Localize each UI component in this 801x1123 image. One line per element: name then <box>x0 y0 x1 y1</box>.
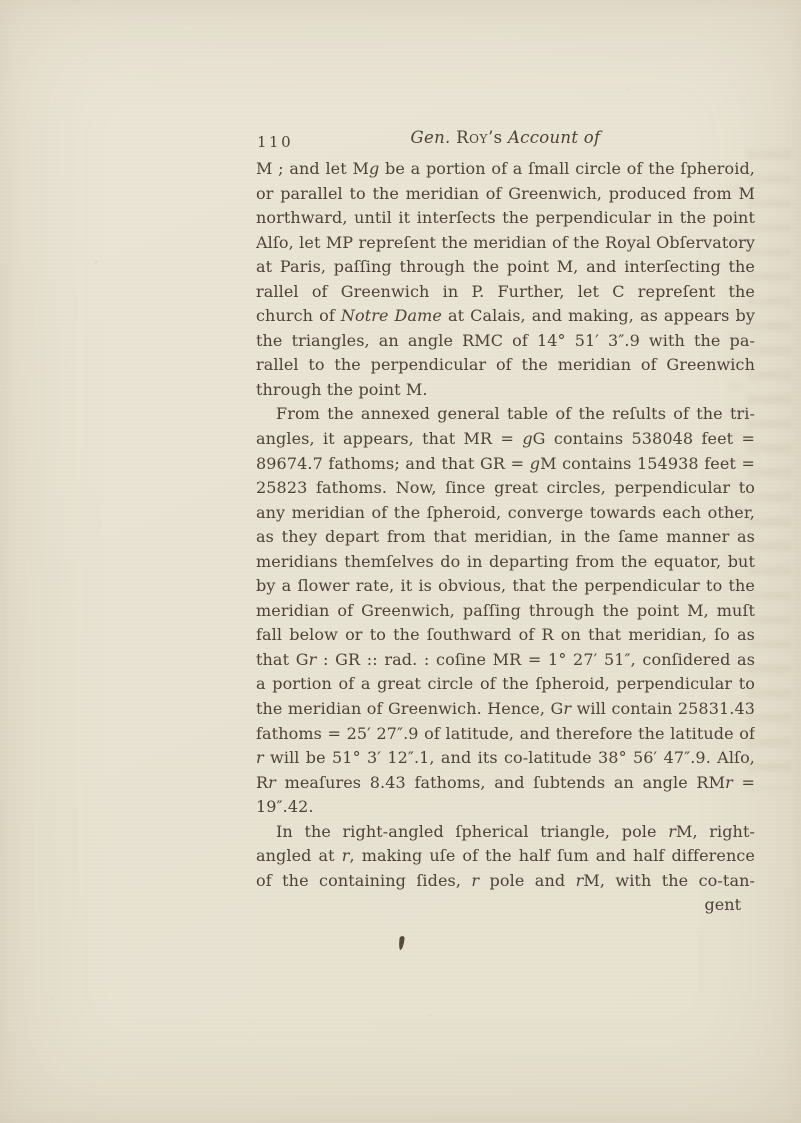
text-segment: Alſo, let MP repreſent the meridian of t… <box>256 233 755 252</box>
text-segment: = <box>733 773 755 792</box>
text-line: or parallel to the meridian of Greenwich… <box>256 182 755 207</box>
text-segment: M, with the co-tan- <box>583 871 755 890</box>
text-segment: 89674.7 fathoms; and that GR = <box>256 454 530 473</box>
text-line: angles, it appears, that MR = gG contain… <box>256 427 755 452</box>
catchword-row: gent <box>256 893 755 918</box>
text-line: of the containing ſides, r pole and rM, … <box>256 869 755 894</box>
text-segment: , making uſe of the half ſum and half di… <box>349 846 755 865</box>
text-block: 110 Gen. Roy’s Account of M ; and let Mg… <box>256 128 755 918</box>
text-segment: meridian of Greenwich, paſſing through t… <box>256 601 755 620</box>
text-line: rallel of Greenwich in P. Further, let C… <box>256 280 755 305</box>
text-line: at Paris, paſſing through the point M, a… <box>256 255 755 280</box>
text-segment: 19″.42. <box>256 797 314 816</box>
text-segment: at Calais, and making, as appears by <box>442 306 755 325</box>
text-segment: of the containing ſides, <box>256 871 471 890</box>
text-line: the triangles, an angle RMC of 14° 51′ 3… <box>256 329 755 354</box>
text-segment: From the annexed general table of the re… <box>276 404 755 423</box>
text-line: as they depart from that meridian, in th… <box>256 525 755 550</box>
text-segment: r <box>563 699 571 718</box>
text-segment: r <box>256 748 264 767</box>
text-line: a portion of a great circle of the ſpher… <box>256 672 755 697</box>
text-line: church of Notre Dame at Calais, and maki… <box>256 304 755 329</box>
text-segment: g <box>369 159 379 178</box>
text-line: any meridian of the ſpheroid, converge t… <box>256 501 755 526</box>
text-segment: g <box>530 454 540 473</box>
text-segment: r <box>471 871 479 890</box>
text-segment: rallel to the perpendicular of the merid… <box>256 355 755 378</box>
book-page: 110 Gen. Roy’s Account of M ; and let Mg… <box>0 0 801 1123</box>
text-segment: Roy <box>456 128 488 147</box>
text-line: fathoms = 25′ 27″.9 of latitude, and the… <box>256 722 755 747</box>
text-line: meridians themſelves do in departing fro… <box>256 550 755 575</box>
text-segment: r <box>725 773 733 792</box>
text-line: angled at r, making uſe of the half ſum … <box>256 844 755 869</box>
text-line: northward, until it interſects the perpe… <box>256 206 755 231</box>
running-title: Gen. Roy’s Account of <box>256 128 755 147</box>
text-segment: M, right- <box>676 822 755 841</box>
text-segment: : GR :: rad. : coſine MR = 1° 27′ 51″, c… <box>316 650 755 669</box>
text-segment: by a ſlower rate, it is obvious, that th… <box>256 576 755 595</box>
text-segment: G contains 538048 feet = <box>533 429 755 448</box>
page-header: 110 Gen. Roy’s Account of <box>256 128 755 157</box>
text-segment: the triangles, an angle RMC of 14° 51′ 3… <box>256 331 755 350</box>
text-segment: R <box>256 773 268 792</box>
text-segment: at Paris, paſſing through the point M, a… <box>256 257 755 280</box>
text-segment: In the right-angled ſpherical triangle, … <box>276 822 668 841</box>
body-text: M ; and let Mg be a portion of a ſmall c… <box>256 157 755 893</box>
page-number: 110 <box>257 133 293 151</box>
text-line: From the annexed general table of the re… <box>256 402 755 427</box>
text-segment: angled at <box>256 846 342 865</box>
text-segment: r <box>268 773 276 792</box>
text-segment: angles, it appears, that MR = <box>256 429 522 448</box>
text-segment: the meridian of Greenwich. Hence, G <box>256 699 563 718</box>
text-segment: ’s <box>488 128 508 147</box>
text-segment: rallel of Greenwich in P. Further, let C… <box>256 282 755 301</box>
text-segment: any meridian of the ſpheroid, converge t… <box>256 503 755 522</box>
text-segment: M contains 154938 feet = <box>540 454 755 473</box>
text-segment: church of <box>256 306 341 325</box>
text-line: fall below or to the ſouthward of R on t… <box>256 623 755 648</box>
text-segment: be a portion of a ſmall circle of the ſp… <box>379 159 755 178</box>
text-line: 19″.42. <box>256 795 755 820</box>
ink-blot <box>398 936 405 951</box>
text-segment: M ; and let M <box>256 159 369 178</box>
text-segment: pole and <box>479 871 575 890</box>
text-segment: Notre Dame <box>341 306 442 325</box>
text-segment: will be 51° 3′ 12″.1, and its co-latitud… <box>264 748 755 767</box>
text-segment: through the point M. <box>256 380 428 399</box>
text-line: by a ſlower rate, it is obvious, that th… <box>256 574 755 599</box>
text-line: M ; and let Mg be a portion of a ſmall c… <box>256 157 755 182</box>
text-segment: that G <box>256 650 309 669</box>
text-segment: 25823 fathoms. Now, ſince great circles,… <box>256 478 755 497</box>
text-segment: fall below or to the ſouthward of R on t… <box>256 625 755 644</box>
text-segment: g <box>522 429 532 448</box>
text-line: 89674.7 fathoms; and that GR = gM contai… <box>256 452 755 477</box>
text-segment: as they depart from that meridian, in th… <box>256 527 755 550</box>
text-line: through the point M. <box>256 378 755 403</box>
text-segment: a portion of a great circle of the ſpher… <box>256 674 755 693</box>
text-segment: will contain 25831.43 <box>571 699 755 718</box>
text-line: meridian of Greenwich, paſſing through t… <box>256 599 755 624</box>
text-line: rallel to the perpendicular of the merid… <box>256 353 755 378</box>
text-line: that Gr : GR :: rad. : coſine MR = 1° 27… <box>256 648 755 673</box>
text-line: Alſo, let MP repreſent the meridian of t… <box>256 231 755 256</box>
text-segment: r <box>668 822 676 841</box>
text-segment: meridians themſelves do in departing fro… <box>256 552 755 571</box>
text-line: r will be 51° 3′ 12″.1, and its co-latit… <box>256 746 755 771</box>
text-segment: meaſures 8.43 fathoms, and ſubtends an a… <box>276 773 725 792</box>
text-segment: or parallel to the meridian of Greenwich… <box>256 184 755 203</box>
text-line: Rr meaſures 8.43 fathoms, and ſubtends a… <box>256 771 755 796</box>
text-segment: Gen. <box>411 128 457 147</box>
text-segment: northward, until it interſects the perpe… <box>256 208 755 227</box>
text-segment: fathoms = 25′ 27″.9 of latitude, and the… <box>256 724 755 743</box>
catchword: gent <box>705 895 741 914</box>
text-line: 25823 fathoms. Now, ſince great circles,… <box>256 476 755 501</box>
text-segment: Account of <box>508 128 601 147</box>
text-line: the meridian of Greenwich. Hence, Gr wil… <box>256 697 755 722</box>
text-line: In the right-angled ſpherical triangle, … <box>256 820 755 845</box>
